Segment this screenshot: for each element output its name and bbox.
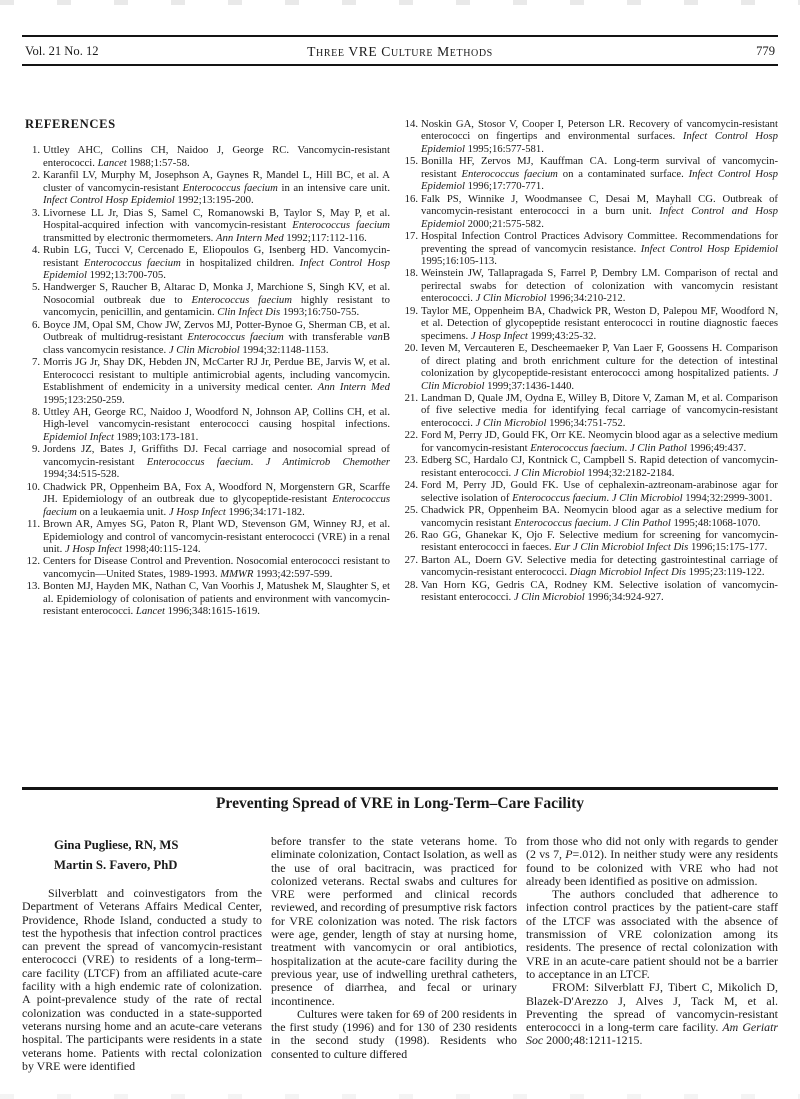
reference-item: 4.Rubin LG, Tucci V, Cercenado E, Eliopo… bbox=[25, 244, 390, 281]
article-paragraph: from those who did not only with regards… bbox=[526, 835, 778, 888]
reference-item: 8.Uttley AH, George RC, Naidoo J, Woodfo… bbox=[25, 406, 390, 443]
reference-text: Brown AR, Amyes SG, Paton R, Plant WD, S… bbox=[43, 518, 390, 555]
reference-number: 21. bbox=[403, 392, 418, 404]
reference-text: Edberg SC, Hardalo CJ, Kontnick C, Campb… bbox=[421, 454, 778, 478]
reference-item: 20.Ieven M, Vercauteren E, Descheemaeker… bbox=[403, 342, 778, 392]
volume-issue: Vol. 21 No. 12 bbox=[25, 44, 99, 59]
reference-number: 7. bbox=[25, 356, 40, 368]
reference-item: 10.Chadwick PR, Oppenheim BA, Fox A, Woo… bbox=[25, 481, 390, 518]
reference-item: 11.Brown AR, Amyes SG, Paton R, Plant WD… bbox=[25, 518, 390, 555]
running-title: Three VRE Culture Methods bbox=[307, 44, 493, 60]
reference-number: 20. bbox=[403, 342, 418, 354]
reference-item: 22.Ford M, Perry JD, Gould FK, Orr KE. N… bbox=[403, 429, 778, 454]
reference-number: 22. bbox=[403, 429, 418, 441]
reference-text: Jordens JZ, Bates J, Griffiths DJ. Fecal… bbox=[43, 443, 390, 480]
reference-number: 1. bbox=[25, 144, 40, 156]
reference-text: Taylor ME, Oppenheim BA, Chadwick PR, We… bbox=[421, 305, 778, 342]
reference-number: 26. bbox=[403, 529, 418, 541]
reference-item: 2.Karanfil LV, Murphy M, Josephson A, Ga… bbox=[25, 169, 390, 206]
scan-artifact-top bbox=[0, 0, 800, 5]
reference-text: Weinstein JW, Tallapragada S, Farrel P, … bbox=[421, 267, 778, 304]
reference-text: Van Horn KG, Gedris CA, Rodney KM. Selec… bbox=[421, 579, 778, 603]
reference-number: 24. bbox=[403, 479, 418, 491]
article-column-1: Gina Pugliese, RN, MS Martin S. Favero, … bbox=[22, 835, 262, 1099]
article-title: Preventing Spread of VRE in Long-Term–Ca… bbox=[0, 794, 800, 814]
author-name: Martin S. Favero, PhD bbox=[54, 856, 262, 876]
page-number: 779 bbox=[756, 44, 775, 59]
reference-number: 3. bbox=[25, 207, 40, 219]
reference-item: 12.Centers for Disease Control and Preve… bbox=[25, 555, 390, 580]
reference-text: Bonten MJ, Hayden MK, Nathan C, Van Voor… bbox=[43, 580, 390, 617]
article-authors: Gina Pugliese, RN, MS Martin S. Favero, … bbox=[54, 836, 262, 875]
reference-number: 19. bbox=[403, 305, 418, 317]
reference-number: 14. bbox=[403, 118, 418, 130]
reference-text: Rao GG, Ghanekar K, Ojo F. Selective med… bbox=[421, 529, 778, 553]
reference-item: 23.Edberg SC, Hardalo CJ, Kontnick C, Ca… bbox=[403, 454, 778, 479]
reference-item: 5.Handwerger S, Raucher B, Altarac D, Mo… bbox=[25, 281, 390, 318]
reference-number: 6. bbox=[25, 319, 40, 331]
reference-item: 6.Boyce JM, Opal SM, Chow JW, Zervos MJ,… bbox=[25, 319, 390, 356]
reference-text: Ford M, Perry JD, Gould FK. Use of cepha… bbox=[421, 479, 778, 503]
reference-text: Barton AL, Doern GV. Selective media for… bbox=[421, 554, 778, 578]
reference-number: 18. bbox=[403, 267, 418, 279]
article-paragraph: Silverblatt and coinvestigators from the… bbox=[22, 887, 262, 1073]
reference-text: Morris JG Jr, Shay DK, Hebden JN, McCart… bbox=[43, 356, 390, 405]
reference-item: 28.Van Horn KG, Gedris CA, Rodney KM. Se… bbox=[403, 579, 778, 604]
reference-number: 8. bbox=[25, 406, 40, 418]
reference-number: 28. bbox=[403, 579, 418, 591]
reference-number: 17. bbox=[403, 230, 418, 242]
reference-number: 27. bbox=[403, 554, 418, 566]
article-column-2: before transfer to the state veterans ho… bbox=[271, 835, 517, 1099]
article-body: Gina Pugliese, RN, MS Martin S. Favero, … bbox=[22, 835, 778, 1099]
reference-number: 15. bbox=[403, 155, 418, 167]
author-name: Gina Pugliese, RN, MS bbox=[54, 836, 262, 856]
reference-number: 23. bbox=[403, 454, 418, 466]
reference-text: Ieven M, Vercauteren E, Descheemaeker P,… bbox=[421, 342, 778, 391]
reference-item: 21.Landman D, Quale JM, Oydna E, Willey … bbox=[403, 392, 778, 429]
reference-number: 2. bbox=[25, 169, 40, 181]
article-paragraph: Cultures were taken for 69 of 200 reside… bbox=[271, 1008, 517, 1061]
article-paragraphs-1: Silverblatt and coinvestigators from the… bbox=[22, 887, 262, 1073]
reference-item: 1.Uttley AHC, Collins CH, Naidoo J, Geor… bbox=[25, 144, 390, 169]
reference-text: Livornese LL Jr, Dias S, Samel C, Romano… bbox=[43, 207, 390, 244]
reference-number: 5. bbox=[25, 281, 40, 293]
journal-page: Vol. 21 No. 12 Three VRE Culture Methods… bbox=[0, 0, 800, 1099]
reference-item: 3.Livornese LL Jr, Dias S, Samel C, Roma… bbox=[25, 207, 390, 244]
article-rule bbox=[22, 787, 778, 790]
page-header: Vol. 21 No. 12 Three VRE Culture Methods… bbox=[25, 41, 775, 62]
reference-number: 16. bbox=[403, 193, 418, 205]
reference-number: 12. bbox=[25, 555, 40, 567]
references-section: REFERENCES 1.Uttley AHC, Collins CH, Nai… bbox=[25, 118, 778, 618]
article-paragraph: before transfer to the state veterans ho… bbox=[271, 835, 517, 1008]
reference-item: 26.Rao GG, Ghanekar K, Ojo F. Selective … bbox=[403, 529, 778, 554]
reference-text: Landman D, Quale JM, Oydna E, Willey B, … bbox=[421, 392, 778, 429]
reference-number: 10. bbox=[25, 481, 40, 493]
reference-number: 4. bbox=[25, 244, 40, 256]
references-list-right: 14.Noskin GA, Stosor V, Cooper I, Peters… bbox=[403, 118, 778, 618]
reference-text: Chadwick PR, Oppenheim BA. Neomycin bloo… bbox=[421, 504, 778, 528]
reference-text: Uttley AHC, Collins CH, Naidoo J, George… bbox=[43, 144, 390, 168]
reference-item: 13.Bonten MJ, Hayden MK, Nathan C, Van V… bbox=[25, 580, 390, 617]
article-column-3: from those who did not only with regards… bbox=[526, 835, 778, 1099]
reference-number: 25. bbox=[403, 504, 418, 516]
reference-text: Karanfil LV, Murphy M, Josephson A, Gayn… bbox=[43, 169, 390, 206]
reference-text: Chadwick PR, Oppenheim BA, Fox A, Woodfo… bbox=[43, 481, 390, 518]
reference-number: 13. bbox=[25, 580, 40, 592]
article-paragraph: FROM: Silverblatt FJ, Tibert C, Mikolich… bbox=[526, 981, 778, 1047]
reference-text: Rubin LG, Tucci V, Cercenado E, Eliopoul… bbox=[43, 244, 390, 281]
references-column-left: REFERENCES 1.Uttley AHC, Collins CH, Nai… bbox=[25, 118, 390, 618]
reference-text: Bonilla HF, Zervos MJ, Kauffman CA. Long… bbox=[421, 155, 778, 192]
reference-text: Hospital Infection Control Practices Adv… bbox=[421, 230, 778, 267]
reference-item: 17.Hospital Infection Control Practices … bbox=[403, 230, 778, 267]
reference-item: 7.Morris JG Jr, Shay DK, Hebden JN, McCa… bbox=[25, 356, 390, 406]
reference-item: 18.Weinstein JW, Tallapragada S, Farrel … bbox=[403, 267, 778, 304]
reference-text: Centers for Disease Control and Preventi… bbox=[43, 555, 390, 579]
reference-text: Handwerger S, Raucher B, Altarac D, Monk… bbox=[43, 281, 390, 318]
reference-item: 16.Falk PS, Winnike J, Woodmansee C, Des… bbox=[403, 193, 778, 230]
reference-text: Boyce JM, Opal SM, Chow JW, Zervos MJ, P… bbox=[43, 319, 390, 356]
reference-item: 15.Bonilla HF, Zervos MJ, Kauffman CA. L… bbox=[403, 155, 778, 192]
reference-text: Ford M, Perry JD, Gould FK, Orr KE. Neom… bbox=[421, 429, 778, 453]
reference-text: Uttley AH, George RC, Naidoo J, Woodford… bbox=[43, 406, 390, 443]
reference-text: Falk PS, Winnike J, Woodmansee C, Desai … bbox=[421, 193, 778, 230]
reference-number: 11. bbox=[25, 518, 40, 530]
article-paragraph: The authors concluded that adherence to … bbox=[526, 888, 778, 981]
reference-item: 24.Ford M, Perry JD, Gould FK. Use of ce… bbox=[403, 479, 778, 504]
reference-item: 14.Noskin GA, Stosor V, Cooper I, Peters… bbox=[403, 118, 778, 155]
header-rule-top bbox=[22, 35, 778, 37]
reference-text: Noskin GA, Stosor V, Cooper I, Peterson … bbox=[421, 118, 778, 155]
reference-item: 9.Jordens JZ, Bates J, Griffiths DJ. Fec… bbox=[25, 443, 390, 480]
references-list-left: 1.Uttley AHC, Collins CH, Naidoo J, Geor… bbox=[25, 144, 390, 617]
reference-item: 27.Barton AL, Doern GV. Selective media … bbox=[403, 554, 778, 579]
header-rule-bottom bbox=[22, 64, 778, 66]
references-heading: REFERENCES bbox=[25, 118, 390, 130]
reference-number: 9. bbox=[25, 443, 40, 455]
reference-item: 19.Taylor ME, Oppenheim BA, Chadwick PR,… bbox=[403, 305, 778, 342]
reference-item: 25.Chadwick PR, Oppenheim BA. Neomycin b… bbox=[403, 504, 778, 529]
